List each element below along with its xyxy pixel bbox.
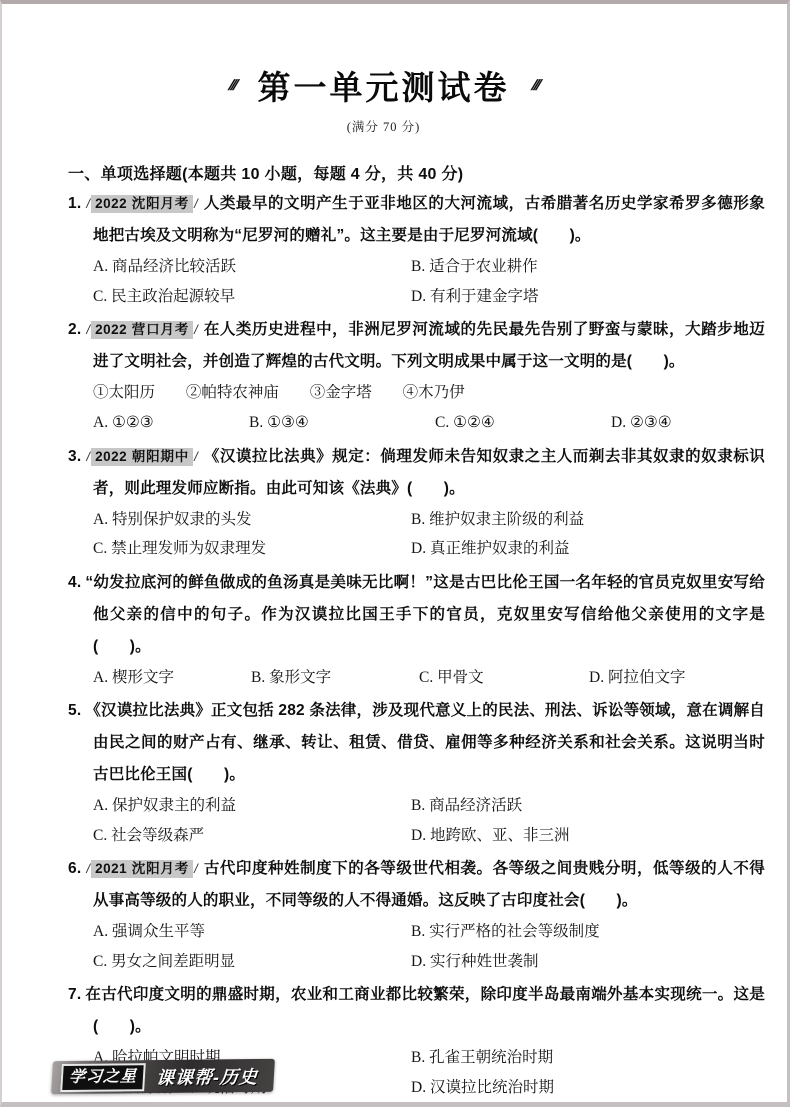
option-d: D. 真正维护奴隶的利益 xyxy=(411,534,765,564)
exam-source-tag: 2022 营口月考 xyxy=(91,321,193,339)
option-b: B. 维护奴隶主阶级的利益 xyxy=(411,505,765,535)
option-b: B. 实行严格的社会等级制度 xyxy=(411,917,765,947)
option-d: D. ②③④ xyxy=(611,408,765,438)
options: A. ①②③ B. ①③④ C. ①②④ D. ②③④ xyxy=(93,408,765,438)
item-1: ①太阳历 xyxy=(93,384,155,401)
option-b: B. ①③④ xyxy=(249,408,435,438)
option-b: B. 孔雀王朝统治时期 xyxy=(411,1043,765,1073)
exam-source-tag: 2022 朝阳期中 xyxy=(91,448,193,466)
option-d: D. 阿拉伯文字 xyxy=(589,663,765,693)
test-paper-page: { "page": { "title": "第一单元测试卷", "title_m… xyxy=(0,0,790,1107)
question-number: 3. xyxy=(68,448,81,465)
question-number: 5. xyxy=(68,702,81,719)
option-c: C. 男女之间差距明显 xyxy=(93,947,411,977)
tag-slash: / xyxy=(194,196,198,211)
question-stem: 3./2022 朝阳期中/ 《汉谟拉比法典》规定：倘理发师未告知奴隶之主人而剃去… xyxy=(68,441,765,505)
option-b: B. 象形文字 xyxy=(251,663,419,693)
tag-slash: / xyxy=(86,196,90,211)
full-score-note: (满分 70 分) xyxy=(2,117,765,135)
question-3: 3./2022 朝阳期中/ 《汉谟拉比法典》规定：倘理发师未告知奴隶之主人而剃去… xyxy=(68,441,765,564)
option-c: C. 禁止理发师为奴隶理发 xyxy=(93,534,411,564)
exam-source-tag: 2022 沈阳月考 xyxy=(91,195,193,213)
page-content: /// 第一单元测试卷 /// (满分 70 分) 一、单项选择题(本题共 10… xyxy=(2,4,787,1102)
option-a: A. 楔形文字 xyxy=(93,663,251,693)
question-text: “幼发拉底河的鲜鱼做成的鱼汤真是美味无比啊！”这是古巴比伦王国一名年轻的官员克奴… xyxy=(85,574,765,655)
option-a: A. 保护奴隶主的利益 xyxy=(93,791,411,821)
question-stem: 5.《汉谟拉比法典》正文包括 282 条法律，涉及现代意义上的民法、刑法、诉讼等… xyxy=(68,695,765,791)
option-d: D. 汉谟拉比统治时期 xyxy=(411,1073,765,1103)
question-stem: 4.“幼发拉底河的鲜鱼做成的鱼汤真是美味无比啊！”这是古巴比伦王国一名年轻的官员… xyxy=(68,567,765,663)
footer-brand-banner: 学习之星 课课帮-历史 xyxy=(51,1059,275,1094)
question-number: 2. xyxy=(68,321,81,338)
tag-slash: / xyxy=(86,322,90,337)
option-c: C. 社会等级森严 xyxy=(93,821,411,851)
option-c: C. 甲骨文 xyxy=(419,663,589,693)
question-5: 5.《汉谟拉比法典》正文包括 282 条法律，涉及现代意义上的民法、刑法、诉讼等… xyxy=(68,695,765,850)
option-b: B. 商品经济活跃 xyxy=(411,791,765,821)
item-3: ③金字塔 xyxy=(310,384,372,401)
options: A. 特别保护奴隶的头发 B. 维护奴隶主阶级的利益 C. 禁止理发师为奴隶理发… xyxy=(93,505,765,564)
tag-slash: / xyxy=(194,861,198,876)
question-stem: 1./2022 沈阳月考/ 人类最早的文明产生于亚非地区的大河流域，古希腊著名历… xyxy=(68,188,765,252)
option-c: C. 民主政治起源较早 xyxy=(93,282,411,312)
question-number: 4. xyxy=(68,574,81,591)
option-b: B. 适合于农业耕作 xyxy=(411,252,765,282)
brand-logo: 学习之星 xyxy=(60,1063,146,1092)
option-d: D. 有利于建金字塔 xyxy=(411,282,765,312)
options: A. 保护奴隶主的利益 B. 商品经济活跃 C. 社会等级森严 D. 地跨欧、亚… xyxy=(93,791,765,850)
option-a: A. 商品经济比较活跃 xyxy=(93,252,411,282)
question-6: 6./2021 沈阳月考/ 古代印度种姓制度下的各等级世代相袭。各等级之间贵贱分… xyxy=(68,853,765,976)
question-text: 《汉谟拉比法典》正文包括 282 条法律，涉及现代意义上的民法、刑法、诉讼等领域… xyxy=(85,702,765,783)
title-hatch-left: /// xyxy=(227,77,237,94)
question-text: 在古代印度文明的鼎盛时期，农业和工商业都比较繁荣，除印度半岛最南端外基本实现统一… xyxy=(85,986,765,1035)
option-a: A. 特别保护奴隶的头发 xyxy=(93,505,411,535)
item-4: ④木乃伊 xyxy=(403,384,465,401)
options: A. 楔形文字 B. 象形文字 C. 甲骨文 D. 阿拉伯文字 xyxy=(93,663,765,693)
question-number: 6. xyxy=(68,860,81,877)
question-4: 4.“幼发拉底河的鲜鱼做成的鱼汤真是美味无比啊！”这是古巴比伦王国一名年轻的官员… xyxy=(68,567,765,693)
tag-slash: / xyxy=(194,322,198,337)
question-number: 7. xyxy=(68,986,81,1003)
question-stem: 7.在古代印度文明的鼎盛时期，农业和工商业都比较繁荣，除印度半岛最南端外基本实现… xyxy=(68,979,765,1043)
tag-slash: / xyxy=(194,449,198,464)
title-row: /// 第一单元测试卷 /// xyxy=(2,62,765,109)
tag-slash: / xyxy=(86,449,90,464)
option-c: C. ①②④ xyxy=(435,408,611,438)
question-stem: 6./2021 沈阳月考/ 古代印度种姓制度下的各等级世代相袭。各等级之间贵贱分… xyxy=(68,853,765,917)
question-stem: 2./2022 营口月考/ 在人类历史进程中，非洲尼罗河流域的先民最先告别了野蛮… xyxy=(68,314,765,378)
brand-series-label: 课课帮-历史 xyxy=(155,1062,259,1089)
options: A. 商品经济比较活跃 B. 适合于农业耕作 C. 民主政治起源较早 D. 有利… xyxy=(93,252,765,311)
tag-slash: / xyxy=(86,861,90,876)
options: A. 强调众生平等 B. 实行严格的社会等级制度 C. 男女之间差距明显 D. … xyxy=(93,917,765,976)
option-d: D. 地跨欧、亚、非三洲 xyxy=(411,821,765,851)
question-2: 2./2022 营口月考/ 在人类历史进程中，非洲尼罗河流域的先民最先告别了野蛮… xyxy=(68,314,765,438)
option-a: A. ①②③ xyxy=(93,408,249,438)
question-number: 1. xyxy=(68,195,81,212)
item-2: ②帕特农神庙 xyxy=(186,384,279,401)
title-hatch-right: /// xyxy=(530,77,540,94)
page-title: 第一单元测试卷 xyxy=(258,62,510,109)
question-1: 1./2022 沈阳月考/ 人类最早的文明产生于亚非地区的大河流域，古希腊著名历… xyxy=(68,188,765,311)
option-d: D. 实行种姓世袭制 xyxy=(411,947,765,977)
exam-source-tag: 2021 沈阳月考 xyxy=(91,860,193,878)
numbered-items: ①太阳历 ②帕特农神庙 ③金字塔 ④木乃伊 xyxy=(93,378,765,408)
option-a: A. 强调众生平等 xyxy=(93,917,411,947)
section-heading: 一、单项选择题(本题共 10 小题，每题 4 分，共 40 分) xyxy=(68,161,765,184)
